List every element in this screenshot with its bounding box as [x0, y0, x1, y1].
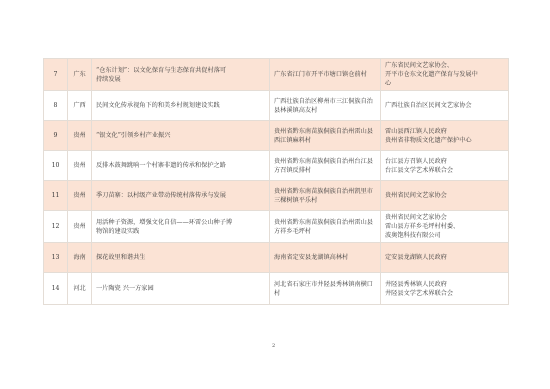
row-number-cell: 11 — [44, 181, 68, 211]
table-row: 14河北一片陶瓷 兴一方家园河北省石家庄市井陉县秀林镇南横口村井陉县秀林镇人民政… — [44, 273, 509, 305]
location-cell-line: 村 — [274, 289, 376, 298]
organizer-cell-line: 广西壮族自治区民间文艺家协会 — [385, 101, 504, 110]
location-cell-line: 海南省定安县龙湖镇高林村 — [274, 253, 376, 262]
organizer-cell-line: 广东省民间文艺家协会、 — [385, 61, 504, 70]
project-cell-line: 物馆的建设实践 — [96, 227, 265, 236]
location-cell-line: 贵州省黔东南苗族侗族自治州雷山县 — [274, 127, 376, 136]
province-cell: 贵州 — [68, 181, 92, 211]
organizer-cell-line: 定安县龙湖镇人民政府 — [385, 253, 504, 262]
organizer-cell-line: 贵州省民间文艺家协会 — [385, 213, 504, 222]
project-cell: 一片陶瓷 兴一方家园 — [92, 273, 270, 305]
row-number-cell: 12 — [44, 211, 68, 243]
province-cell: 海南 — [68, 243, 92, 273]
table-row: 9贵州“银文化”引领乡村产业振兴贵州省黔东南苗族侗族自治州雷山县西江镇麻料村雷山… — [44, 121, 509, 151]
province-cell: 贵州 — [68, 151, 92, 181]
location-cell-line: 方祥乡毛坪村 — [274, 227, 376, 236]
row-number-cell: 14 — [44, 273, 68, 305]
project-cell: 季刀苗寨：以村级产业带动传统村落传承与发展 — [92, 181, 270, 211]
organizer-cell-line: 台江县方召镇人民政府 — [385, 157, 504, 166]
location-cell: 贵州省黔东南苗族侗族自治州雷山县西江镇麻料村 — [270, 121, 381, 151]
organizer-cell-line: 井陉县秀林镇人民政府 — [385, 280, 504, 289]
table-row: 13海南探花故里和谐共生海南省定安县龙湖镇高林村定安县龙湖镇人民政府 — [44, 243, 509, 273]
table-row: 10贵州反排木鼓舞跳响一个村寨非遗的传承和保护之路贵州省黔东南苗族侗族自治州台江… — [44, 151, 509, 181]
province-cell: 贵州 — [68, 121, 92, 151]
project-cell-line: “仓东计划”：以文化保育与生态保育共促村落可 — [96, 66, 265, 75]
row-number-cell: 7 — [44, 59, 68, 91]
row-number-cell: 8 — [44, 91, 68, 121]
location-cell: 贵州省黔东南苗族侗族自治州凯里市三棵树镇平乐村 — [270, 181, 381, 211]
table-row: 11贵州季刀苗寨：以村级产业带动传统村落传承与发展贵州省黔东南苗族侗族自治州凯里… — [44, 181, 509, 211]
project-cell: 反排木鼓舞跳响一个村寨非遗的传承和保护之路 — [92, 151, 270, 181]
table-row: 7广东“仓东计划”：以文化保育与生态保育共促村落可持续发展广东省江门市开平市塘口… — [44, 59, 509, 91]
location-cell: 贵州省黔东南苗族侗族自治州雷山县方祥乡毛坪村 — [270, 211, 381, 243]
organizer-cell: 台江县方召镇人民政府台江县文学艺术界联合会 — [381, 151, 509, 181]
location-cell-line: 广西壮族自治区柳州市三江侗族自治 — [274, 97, 376, 106]
project-cell-line: 一片陶瓷 兴一方家园 — [96, 284, 265, 293]
organizer-cell-line: 波奥饱科技有限公司 — [385, 231, 504, 240]
location-cell-line: 贵州省黔东南苗族侗族自治州凯里市 — [274, 187, 376, 196]
project-cell: “银文化”引领乡村产业振兴 — [92, 121, 270, 151]
province-cell: 广西 — [68, 91, 92, 121]
organizer-cell-line: 井陉县文学艺术界联合会 — [385, 289, 504, 298]
project-cell: 用活种子资源，增强文化自信——环雷公山种子博物馆的建设实践 — [92, 211, 270, 243]
project-cell-line: 季刀苗寨：以村级产业带动传统村落传承与发展 — [96, 191, 265, 200]
location-cell: 广东省江门市开平市塘口镇仓前村 — [270, 59, 381, 91]
table-row: 8广西民间文化传承视角下的和美乡村规划建设实践广西壮族自治区柳州市三江侗族自治县… — [44, 91, 509, 121]
organizer-cell-line: 贵州省民间文艺家协会 — [385, 191, 504, 200]
row-number-cell: 10 — [44, 151, 68, 181]
table-row: 12贵州用活种子资源，增强文化自信——环雷公山种子博物馆的建设实践贵州省黔东南苗… — [44, 211, 509, 243]
project-cell-line: 用活种子资源，增强文化自信——环雷公山种子博 — [96, 218, 265, 227]
project-cell-line: 反排木鼓舞跳响一个村寨非遗的传承和保护之路 — [96, 161, 265, 170]
organizer-cell: 井陉县秀林镇人民政府井陉县文学艺术界联合会 — [381, 273, 509, 305]
organizer-cell-line: 雷山县西江镇人民政府 — [385, 127, 504, 136]
organizer-cell: 雷山县西江镇人民政府贵州省非物质文化遗产保护中心 — [381, 121, 509, 151]
organizer-cell: 定安县龙湖镇人民政府 — [381, 243, 509, 273]
organizer-cell-line: 贵州省非物质文化遗产保护中心 — [385, 136, 504, 145]
project-cell-line: “银文化”引领乡村产业振兴 — [96, 131, 265, 140]
row-number-cell: 13 — [44, 243, 68, 273]
page-number: 2 — [272, 343, 275, 349]
organizer-cell: 贵州省民间文艺家协会 — [381, 181, 509, 211]
row-number-cell: 9 — [44, 121, 68, 151]
project-table: 7广东“仓东计划”：以文化保育与生态保育共促村落可持续发展广东省江门市开平市塘口… — [43, 58, 509, 305]
location-cell: 广西壮族自治区柳州市三江侗族自治县林溪镇高友村 — [270, 91, 381, 121]
organizer-cell-line: 台江县文学艺术界联合会 — [385, 166, 504, 175]
province-cell: 河北 — [68, 273, 92, 305]
location-cell: 河北省石家庄市井陉县秀林镇南横口村 — [270, 273, 381, 305]
location-cell: 贵州省黔东南苗族侗族自治州台江县方召镇反排村 — [270, 151, 381, 181]
location-cell: 海南省定安县龙湖镇高林村 — [270, 243, 381, 273]
location-cell-line: 广东省江门市开平市塘口镇仓前村 — [274, 70, 376, 79]
location-cell-line: 贵州省黔东南苗族侗族自治州台江县 — [274, 157, 376, 166]
location-cell-line: 贵州省黔东南苗族侗族自治州雷山县 — [274, 218, 376, 227]
province-cell: 广东 — [68, 59, 92, 91]
project-cell-line: 民间文化传承视角下的和美乡村规划建设实践 — [96, 101, 265, 110]
location-cell-line: 三棵树镇平乐村 — [274, 196, 376, 205]
project-cell: “仓东计划”：以文化保育与生态保育共促村落可持续发展 — [92, 59, 270, 91]
project-cell-line: 持续发展 — [96, 75, 265, 84]
organizer-cell-line: 开平市仓东文化遗产保育与发展中 — [385, 70, 504, 79]
location-cell-line: 方召镇反排村 — [274, 166, 376, 175]
project-cell-line: 探花故里和谐共生 — [96, 253, 265, 262]
location-cell-line: 县林溪镇高友村 — [274, 106, 376, 115]
location-cell-line: 西江镇麻料村 — [274, 136, 376, 145]
province-cell: 贵州 — [68, 211, 92, 243]
project-cell: 民间文化传承视角下的和美乡村规划建设实践 — [92, 91, 270, 121]
organizer-cell: 贵州省民间文艺家协会雷山县方祥乡毛坪村村委、波奥饱科技有限公司 — [381, 211, 509, 243]
organizer-cell: 广东省民间文艺家协会、开平市仓东文化遗产保育与发展中心 — [381, 59, 509, 91]
project-cell: 探花故里和谐共生 — [92, 243, 270, 273]
organizer-cell-line: 心 — [385, 79, 504, 88]
location-cell-line: 河北省石家庄市井陉县秀林镇南横口 — [274, 280, 376, 289]
organizer-cell: 广西壮族自治区民间文艺家协会 — [381, 91, 509, 121]
organizer-cell-line: 雷山县方祥乡毛坪村村委、 — [385, 222, 504, 231]
